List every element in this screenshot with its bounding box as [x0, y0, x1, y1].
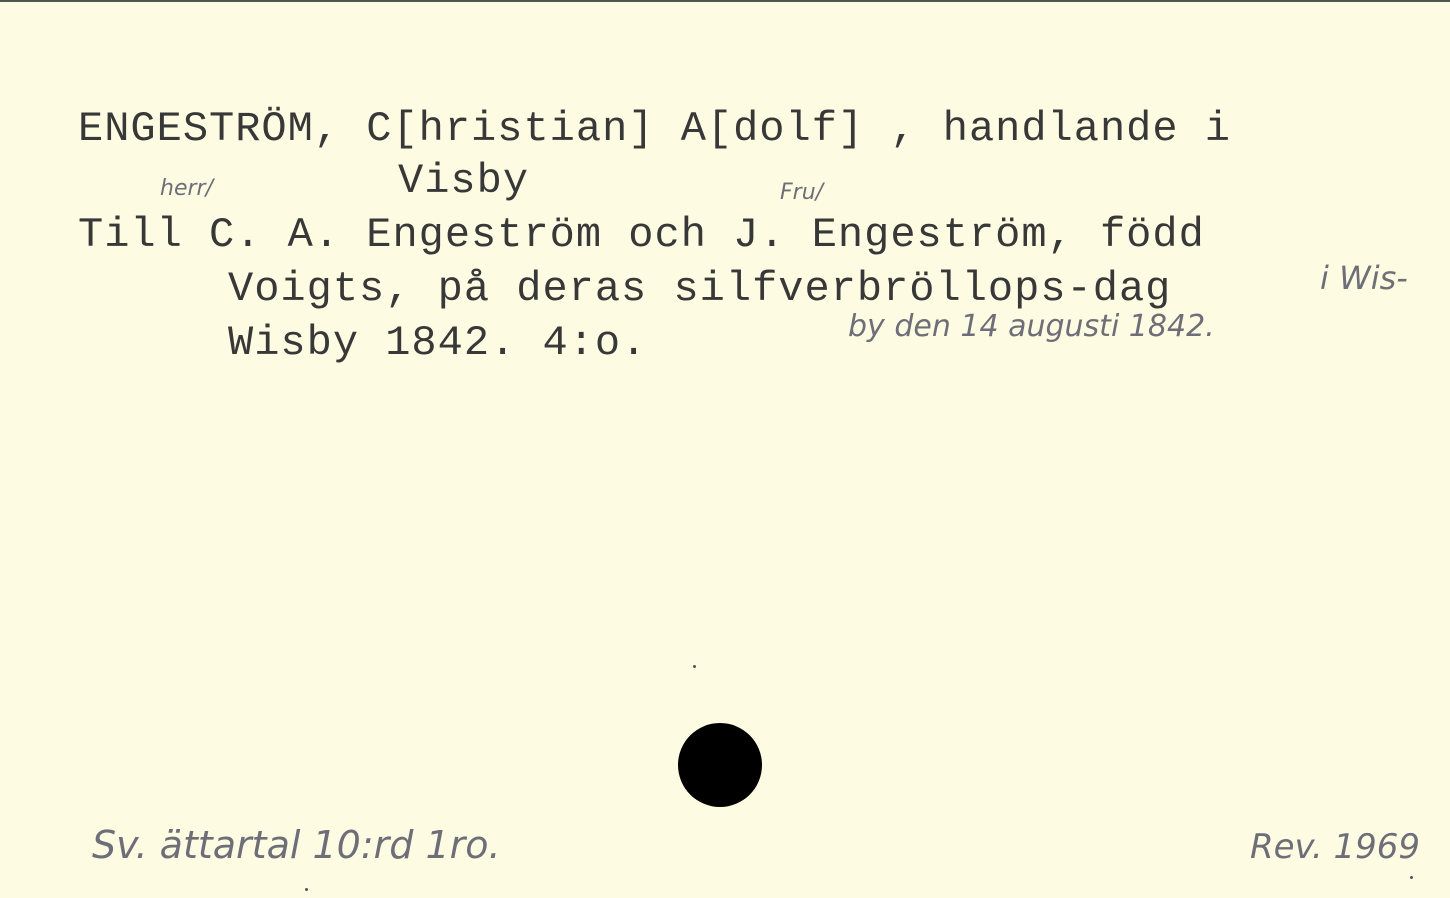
heading-name: ENGESTRÖM, C[hristian] A[dolf] , handlan… — [78, 108, 1231, 150]
annotation-place-1: i Wis- — [1320, 262, 1408, 294]
punch-hole — [678, 723, 762, 807]
body-line-3: Wisby 1842. 4:o. — [228, 322, 647, 364]
annotation-herr: herr/ — [160, 178, 213, 200]
card-top-edge — [0, 0, 1450, 2]
annotation-place-2: by den 14 augusti 1842. — [848, 312, 1215, 342]
heading-place: Visby — [398, 160, 529, 202]
annotation-fru: Fru/ — [780, 182, 823, 204]
speck — [693, 665, 696, 668]
body-line-2: Voigts, på deras silfverbröllops-dag — [228, 268, 1171, 310]
footer-left-note: Sv. ättartal 10:rd 1ro. — [92, 826, 501, 864]
body-line-1: Till C. A. Engeström och J. Engeström, f… — [78, 214, 1205, 256]
speck — [305, 888, 308, 891]
footer-right-note: Rev. 1969 — [1250, 830, 1420, 864]
speck — [1410, 876, 1413, 879]
